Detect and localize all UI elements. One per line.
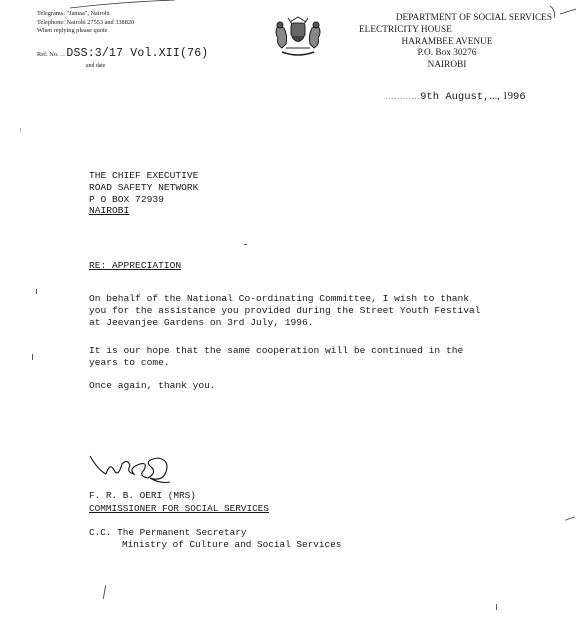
scan-mark (565, 516, 575, 520)
letterhead-contact-block: Telegrams: "Jamaa", Nairobi Telephone: N… (37, 10, 134, 36)
date-leader: ............ (385, 91, 420, 102)
body-line: at Jeevanjee Gardens on 3rd July, 1996. (89, 317, 481, 329)
scan-mark (32, 354, 33, 360)
cc-block: C.C. The Permanent Secretary Ministry of… (89, 527, 341, 551)
body-line: On behalf of the National Co-ordinating … (89, 293, 481, 305)
coat-of-arms-icon (268, 14, 328, 62)
date-separator: ..., 19 (489, 91, 513, 102)
ref-label: Ref. No. ... (37, 51, 65, 58)
ref-value: DSS:3/17 Vol.XII(76) (66, 47, 208, 60)
body-paragraph-2: It is our hope that the same cooperation… (89, 345, 463, 369)
body-paragraph-3: Once again, thank you. (89, 380, 216, 392)
and-date-label: and date (86, 63, 105, 69)
department-address-block: DEPARTMENT OF SOCIAL SERVICES ELECTRICIT… (342, 13, 552, 72)
pen-stroke-mark (548, 4, 580, 22)
scan-mark (20, 128, 21, 132)
signer-title: COMMISSIONER FOR SOCIAL SERVICES (89, 503, 269, 516)
body-line: you for the assistance you provided duri… (89, 305, 481, 317)
reference-number: Ref. No. ... DSS:3/17 Vol.XII(76) (37, 47, 208, 60)
scan-mark (496, 604, 497, 610)
cc-label: C.C. (89, 527, 112, 538)
quote-note: When replying please quote (37, 27, 134, 36)
handwritten-signature-icon (88, 448, 178, 488)
department-name: DEPARTMENT OF SOCIAL SERVICES (342, 13, 552, 25)
signer-block: F. R. B. OERI (MRS) COMMISSIONER FOR SOC… (89, 490, 269, 515)
cc-recipient: The Permanent Secretary (117, 527, 246, 538)
city-name: NAIROBI (342, 60, 552, 72)
pen-stroke-mark (60, 0, 180, 10)
date-day-month: 9th August, (420, 91, 489, 103)
building-name: ELECTRICITY HOUSE (342, 25, 552, 37)
signer-name: F. R. B. OERI (MRS) (89, 490, 269, 503)
subject-line: RE: APPRECIATION (89, 260, 181, 271)
body-line: It is our hope that the same cooperation… (89, 345, 463, 357)
recipient-city: NAIROBI (89, 205, 198, 217)
letter-date: ............9th August,..., 1996 (385, 91, 526, 103)
scan-mark (244, 244, 247, 245)
recipient-line: P O BOX 72939 (89, 194, 198, 206)
scan-mark (36, 289, 37, 294)
recipient-line: THE CHIEF EXECUTIVE (89, 170, 198, 182)
body-line: years to come. (89, 357, 463, 369)
body-paragraph-1: On behalf of the National Co-ordinating … (89, 293, 481, 328)
date-year: 96 (513, 91, 526, 103)
cc-ministry: Ministry of Culture and Social Services (89, 539, 341, 551)
scan-mark (103, 585, 106, 599)
po-box: P.O. Box 30276 (342, 48, 552, 60)
telegrams-line: Telegrams: "Jamaa", Nairobi (37, 10, 134, 19)
recipient-address: THE CHIEF EXECUTIVE ROAD SAFETY NETWORK … (89, 170, 198, 217)
recipient-line: ROAD SAFETY NETWORK (89, 182, 198, 194)
telephone-line: Telephone: Nairobi 27553 and 338820 (37, 19, 134, 28)
street-name: HARAMBEE AVENUE (342, 37, 552, 49)
